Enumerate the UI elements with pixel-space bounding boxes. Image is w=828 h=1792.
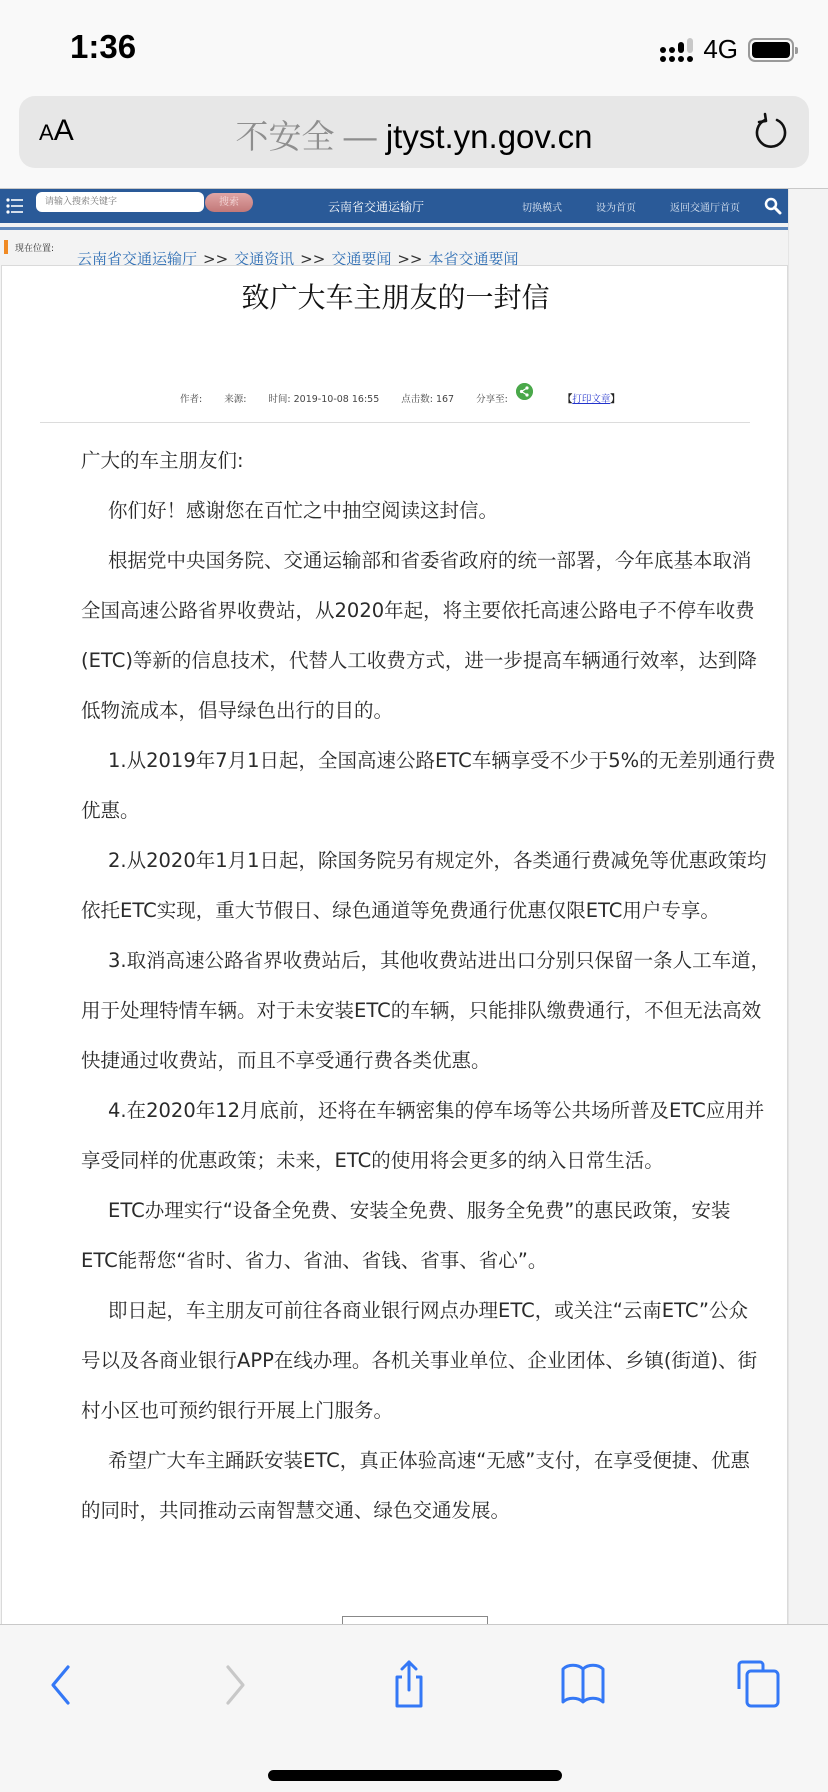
share-label: 分享至: [476, 391, 508, 405]
body-line: 根据党中央国务院、交通运输部和省委省政府的统一部署，今年底基本取消 [81, 536, 791, 586]
status-time: 1:36 [70, 28, 136, 66]
signal-strength-icon [660, 38, 693, 62]
browser-toolbar [0, 1624, 828, 1792]
print-article: 【打印文章】 [563, 391, 620, 405]
body-line: 依托ETC实现，重大节假日、绿色通道等免费通行优惠仅限ETC用户专享。 [81, 886, 791, 936]
share-icon[interactable] [384, 1659, 434, 1709]
tabs-icon[interactable] [734, 1659, 784, 1709]
body-line: 希望广大车主踊跃安装ETC，真正体验高速“无感”支付，在享受便捷、优惠 [81, 1436, 791, 1486]
body-line: 即日起，车主朋友可前往各商业银行网点办理ETC，或关注“云南ETC”公众 [81, 1286, 791, 1336]
body-line: ETC能帮您“省时、省力、省油、省钱、省事、省心”。 [81, 1236, 791, 1286]
return-home-link[interactable]: 返回交通厅首页 [670, 199, 740, 214]
body-line: 村小区也可预约银行开展上门服务。 [81, 1386, 791, 1436]
body-line: 享受同样的优惠政策；未来，ETC的使用将会更多的纳入日常生活。 [81, 1136, 791, 1186]
body-line: ETC办理实行“设备全免费、安装全免费、服务全免费”的惠民政策，安装 [81, 1186, 791, 1236]
battery-icon [748, 38, 794, 62]
body-line: 用于处理特情车辆。对于未安装ETC的车辆，只能排队缴费通行，不但无法高效 [81, 986, 791, 1036]
bracket-open: 【 [563, 394, 573, 405]
site-header: 搜索 云南省交通运输厅 切换模式 设为首页 返回交通厅首页 [0, 189, 788, 223]
body-line: 3.取消高速公路省界收费站后，其他收费站进出口分别只保留一条人工车道， [81, 936, 791, 986]
header-divider [0, 227, 788, 230]
reload-icon[interactable] [751, 112, 791, 152]
site-search-input[interactable] [36, 192, 204, 212]
back-icon[interactable] [36, 1659, 86, 1709]
location-label: 现在位置: [15, 241, 54, 254]
article: 致广大车主朋友的一封信 作者: 来源: 时间: 2019-10-08 16:55… [1, 265, 788, 1624]
share-icon[interactable] [516, 383, 533, 400]
body-line: 的同时，共同推动云南智慧交通、绿色交通发展。 [81, 1486, 791, 1536]
body-line: 优惠。 [81, 786, 791, 836]
article-body: 广大的车主朋友们: 你们好！感谢您在百忙之中抽空阅读这封信。 根据党中央国务院、… [81, 436, 791, 1536]
url-display[interactable]: 不安全 — jtyst.yn.gov.cn [19, 111, 809, 158]
not-secure-label: 不安全 — [236, 118, 386, 155]
body-line: 你们好！感谢您在百忙之中抽空阅读这封信。 [81, 486, 791, 536]
article-title: 致广大车主朋友的一封信 [2, 276, 789, 316]
forward-icon[interactable] [210, 1659, 260, 1709]
print-article-link[interactable]: 打印文章 [572, 394, 610, 405]
url-domain: jtyst.yn.gov.cn [386, 118, 593, 155]
meta-divider [40, 422, 750, 423]
phone-screen: 1:36 4G AA 不安全 — jtyst.yn.gov.cn [0, 0, 828, 1792]
status-bar: 1:36 4G [0, 0, 828, 88]
author-label: 作者: [180, 391, 202, 405]
bookmarks-icon[interactable] [558, 1659, 608, 1709]
article-meta: 作者: 来源: 时间: 2019-10-08 16:55 点击数: 167 分享… [180, 389, 642, 406]
click-count: 点击数: 167 [401, 391, 454, 405]
page-gutter [788, 189, 828, 1624]
body-line: 1.从2019年7月1日起，全国高速公路ETC车辆享受不少于5%的无差别通行费 [81, 736, 791, 786]
network-type: 4G [703, 34, 738, 65]
body-line: 2.从2020年1月1日起，除国务院另有规定外，各类通行费减免等优惠政策均 [81, 836, 791, 886]
home-indicator[interactable] [268, 1770, 562, 1781]
set-homepage-link[interactable]: 设为首页 [596, 199, 636, 214]
site-title: 云南省交通运输厅 [328, 198, 424, 215]
address-bar[interactable]: AA 不安全 — jtyst.yn.gov.cn [19, 96, 809, 168]
web-content: 搜索 云南省交通运输厅 切换模式 设为首页 返回交通厅首页 现在位置: 云南省交… [0, 188, 828, 1624]
body-line: 4.在2020年12月底前，还将在车辆密集的停车场等公共场所普及ETC应用并 [81, 1086, 791, 1136]
site-search-button[interactable]: 搜索 [205, 193, 253, 212]
switch-mode-link[interactable]: 切换模式 [522, 199, 562, 214]
source-label: 来源: [224, 391, 246, 405]
publish-time: 时间: 2019-10-08 16:55 [268, 391, 379, 405]
qr-code-image [342, 1616, 488, 1624]
body-line: 全国高速公路省界收费站，从2020年起，将主要依托高速公路电子不停车收费 [81, 586, 791, 636]
body-line: 快捷通过收费站，而且不享受通行费各类优惠。 [81, 1036, 791, 1086]
body-line: (ETC)等新的信息技术，代替人工收费方式，进一步提高车辆通行效率，达到降 [81, 636, 791, 686]
location-marker [4, 240, 8, 254]
body-line: 广大的车主朋友们: [81, 436, 791, 486]
body-line: 低物流成本，倡导绿色出行的目的。 [81, 686, 791, 736]
search-icon[interactable] [764, 197, 782, 215]
bracket-close: 】 [610, 394, 620, 405]
status-indicators: 4G [660, 34, 794, 65]
body-line: 号以及各商业银行APP在线办理。各机关事业单位、企业团体、乡镇(街道)、街 [81, 1336, 791, 1386]
menu-icon[interactable] [6, 197, 24, 215]
